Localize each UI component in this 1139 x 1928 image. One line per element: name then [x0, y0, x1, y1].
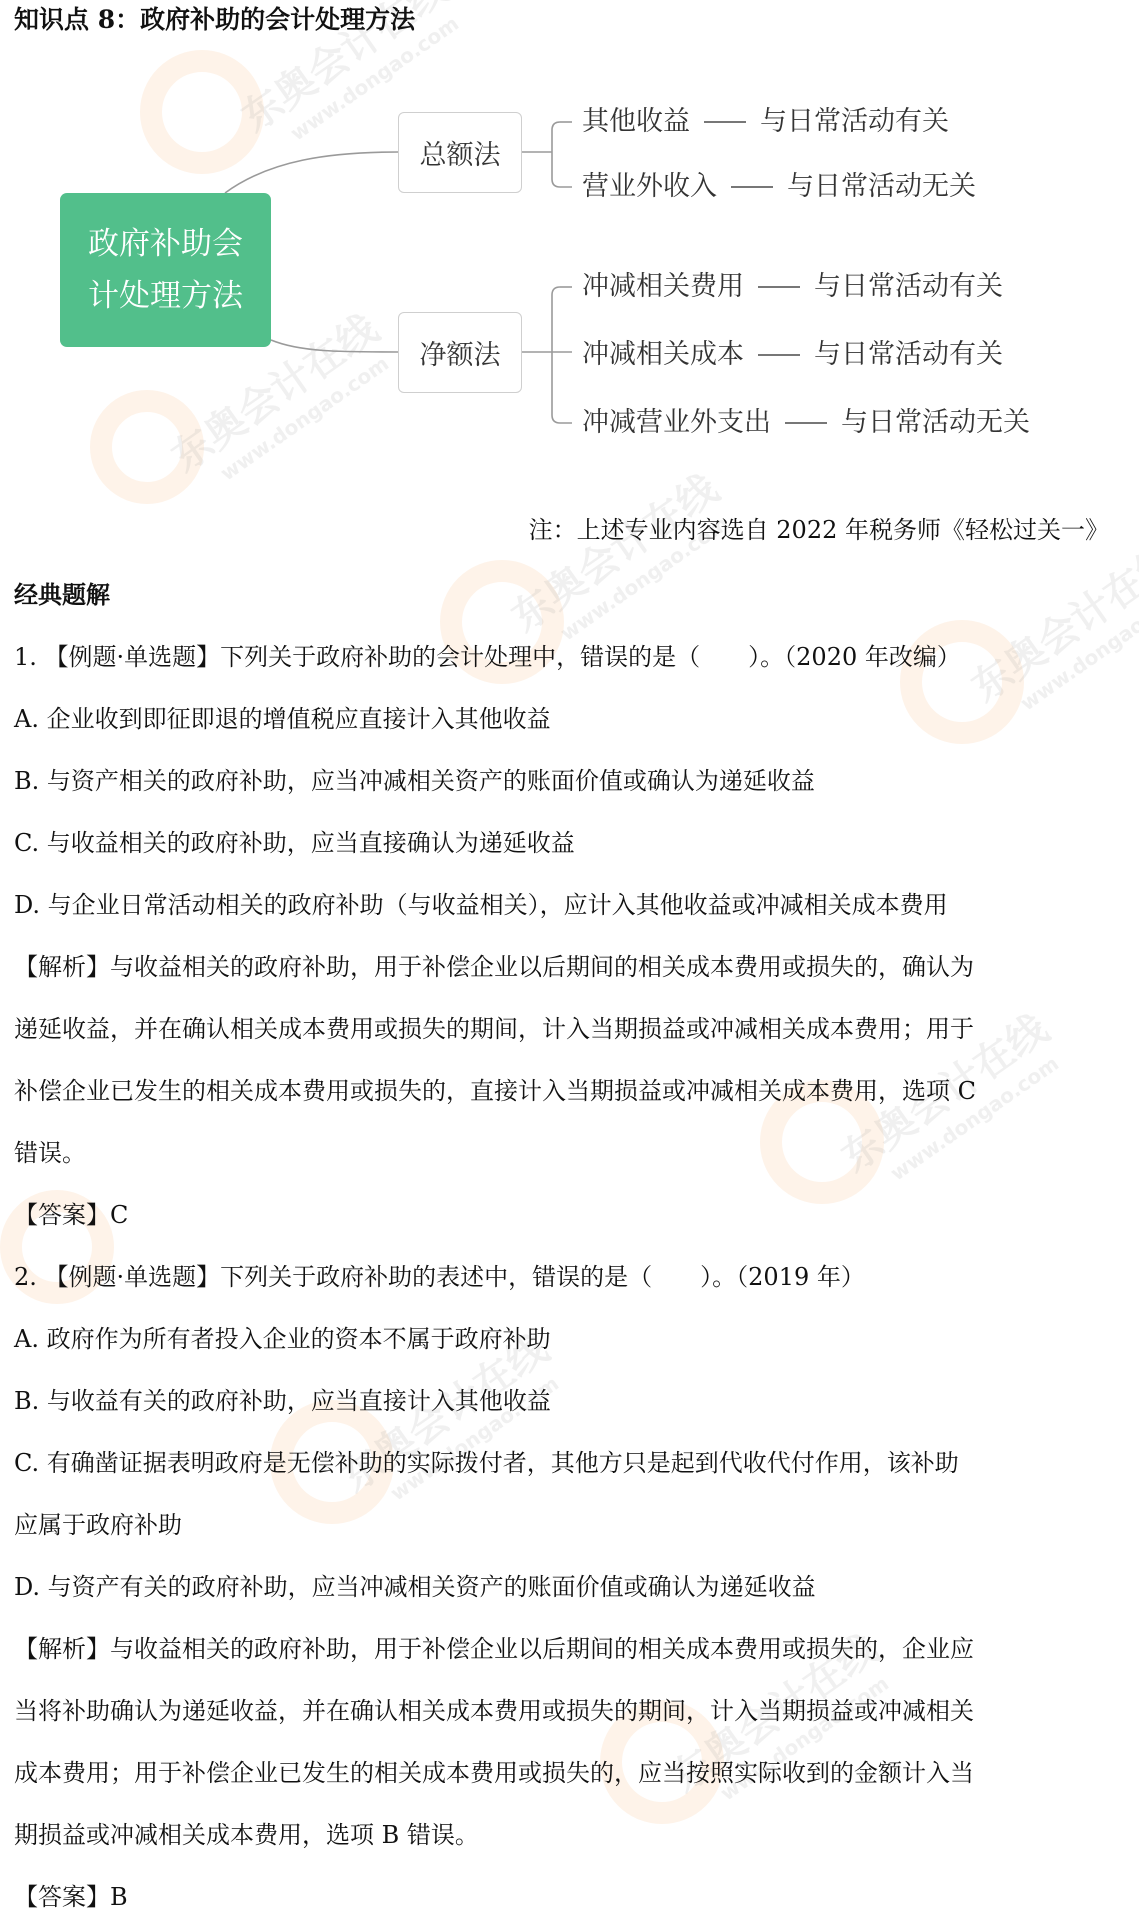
- branch-node-gross-method: 总额法: [398, 112, 522, 193]
- question-1-analysis-line: 补偿企业已发生的相关成本费用或损失的，直接计入当期损益或冲减相关成本费用，选项 …: [14, 1075, 976, 1107]
- leaf-item: 营业外收入: [582, 170, 717, 204]
- leaf-item: 冲减相关费用: [582, 270, 744, 304]
- leaf-offset-expenses: 冲减相关费用与日常活动有关: [582, 270, 1003, 304]
- leaf-other-income: 其他收益与日常活动有关: [582, 105, 949, 139]
- source-note: 注：上述专业内容选自 2022 年税务师《轻松过关一》: [529, 514, 1109, 546]
- leaf-relation: 与日常活动无关: [841, 406, 1030, 440]
- leaf-item: 冲减营业外支出: [582, 406, 771, 440]
- question-1-option-c: C. 与收益相关的政府补助，应当直接确认为递延收益: [14, 827, 575, 859]
- question-1-option-d: D. 与企业日常活动相关的政府补助（与收益相关），应计入其他收益或冲减相关成本费…: [14, 889, 948, 921]
- question-2-analysis-line: 成本费用；用于补偿企业已发生的相关成本费用或损失的，应当按照实际收到的金额计入当: [14, 1757, 974, 1789]
- dash-connector: [758, 286, 800, 288]
- question-2-option-c: C. 有确凿证据表明政府是无偿补助的实际拨付者，其他方只是起到代收代付作用，该补…: [14, 1447, 959, 1479]
- question-1-stem: 1. 【例题·单选题】下列关于政府补助的会计处理中，错误的是（ ）。（2020 …: [14, 641, 961, 673]
- question-1-option-a: A. 企业收到即征即退的增值税应直接计入其他收益: [14, 703, 551, 735]
- leaf-item: 冲减相关成本: [582, 338, 744, 372]
- mindmap-root-node: 政府补助会计处理方法: [60, 193, 271, 347]
- section-heading: 经典题解: [14, 579, 110, 611]
- leaf-offset-costs: 冲减相关成本与日常活动有关: [582, 338, 1003, 372]
- dash-connector: [731, 186, 773, 188]
- watermark-text: 东奥会计在线www.dongao.com: [958, 528, 1139, 732]
- leaf-item: 其他收益: [582, 105, 690, 139]
- leaf-relation: 与日常活动有关: [814, 338, 1003, 372]
- question-2-option-d: D. 与资产有关的政府补助，应当冲减相关资产的账面价值或确认为递延收益: [14, 1571, 816, 1603]
- question-2-stem: 2. 【例题·单选题】下列关于政府补助的表述中，错误的是（ ）。（2019 年）: [14, 1261, 865, 1293]
- dash-connector: [704, 121, 746, 123]
- question-2-analysis-line: 当将补助确认为递延收益，并在确认相关成本费用或损失的期间，计入当期损益或冲减相关: [14, 1695, 974, 1727]
- branch-node-net-method: 净额法: [398, 312, 522, 393]
- question-2-analysis-line: 【解析】与收益相关的政府补助，用于补偿企业以后期间的相关成本费用或损失的，企业应: [14, 1633, 974, 1665]
- watermark-logo-icon: [900, 620, 1024, 744]
- dash-connector: [758, 354, 800, 356]
- question-2-analysis-line: 期损益或冲减相关成本费用，选项 B 错误。: [14, 1819, 479, 1851]
- dash-connector: [785, 422, 827, 424]
- question-1-answer: 【答案】C: [14, 1199, 128, 1231]
- leaf-non-operating-income: 营业外收入与日常活动无关: [582, 170, 976, 204]
- leaf-relation: 与日常活动有关: [814, 270, 1003, 304]
- question-1-analysis-line: 递延收益，并在确认相关成本费用或损失的期间，计入当期损益或冲减相关成本费用；用于: [14, 1013, 974, 1045]
- watermark-text: 东奥会计在线www.dongao.com: [498, 458, 741, 662]
- question-2-answer: 【答案】B: [14, 1881, 128, 1913]
- leaf-relation: 与日常活动无关: [787, 170, 976, 204]
- question-1-analysis-line: 【解析】与收益相关的政府补助，用于补偿企业以后期间的相关成本费用或损失的，确认为: [14, 951, 974, 983]
- question-2-option-a: A. 政府作为所有者投入企业的资本不属于政府补助: [14, 1323, 551, 1355]
- question-1-option-b: B. 与资产相关的政府补助，应当冲减相关资产的账面价值或确认为递延收益: [14, 765, 815, 797]
- question-1-analysis-line: 错误。: [14, 1137, 86, 1169]
- question-2-option-c-cont: 应属于政府补助: [14, 1509, 182, 1541]
- question-2-option-b: B. 与收益有关的政府补助，应当直接计入其他收益: [14, 1385, 551, 1417]
- leaf-relation: 与日常活动有关: [760, 105, 949, 139]
- leaf-offset-non-operating-expense: 冲减营业外支出与日常活动无关: [582, 406, 1030, 440]
- mindmap: 政府补助会计处理方法 总额法 净额法 其他收益与日常活动有关 营业外收入与日常活…: [0, 0, 1139, 480]
